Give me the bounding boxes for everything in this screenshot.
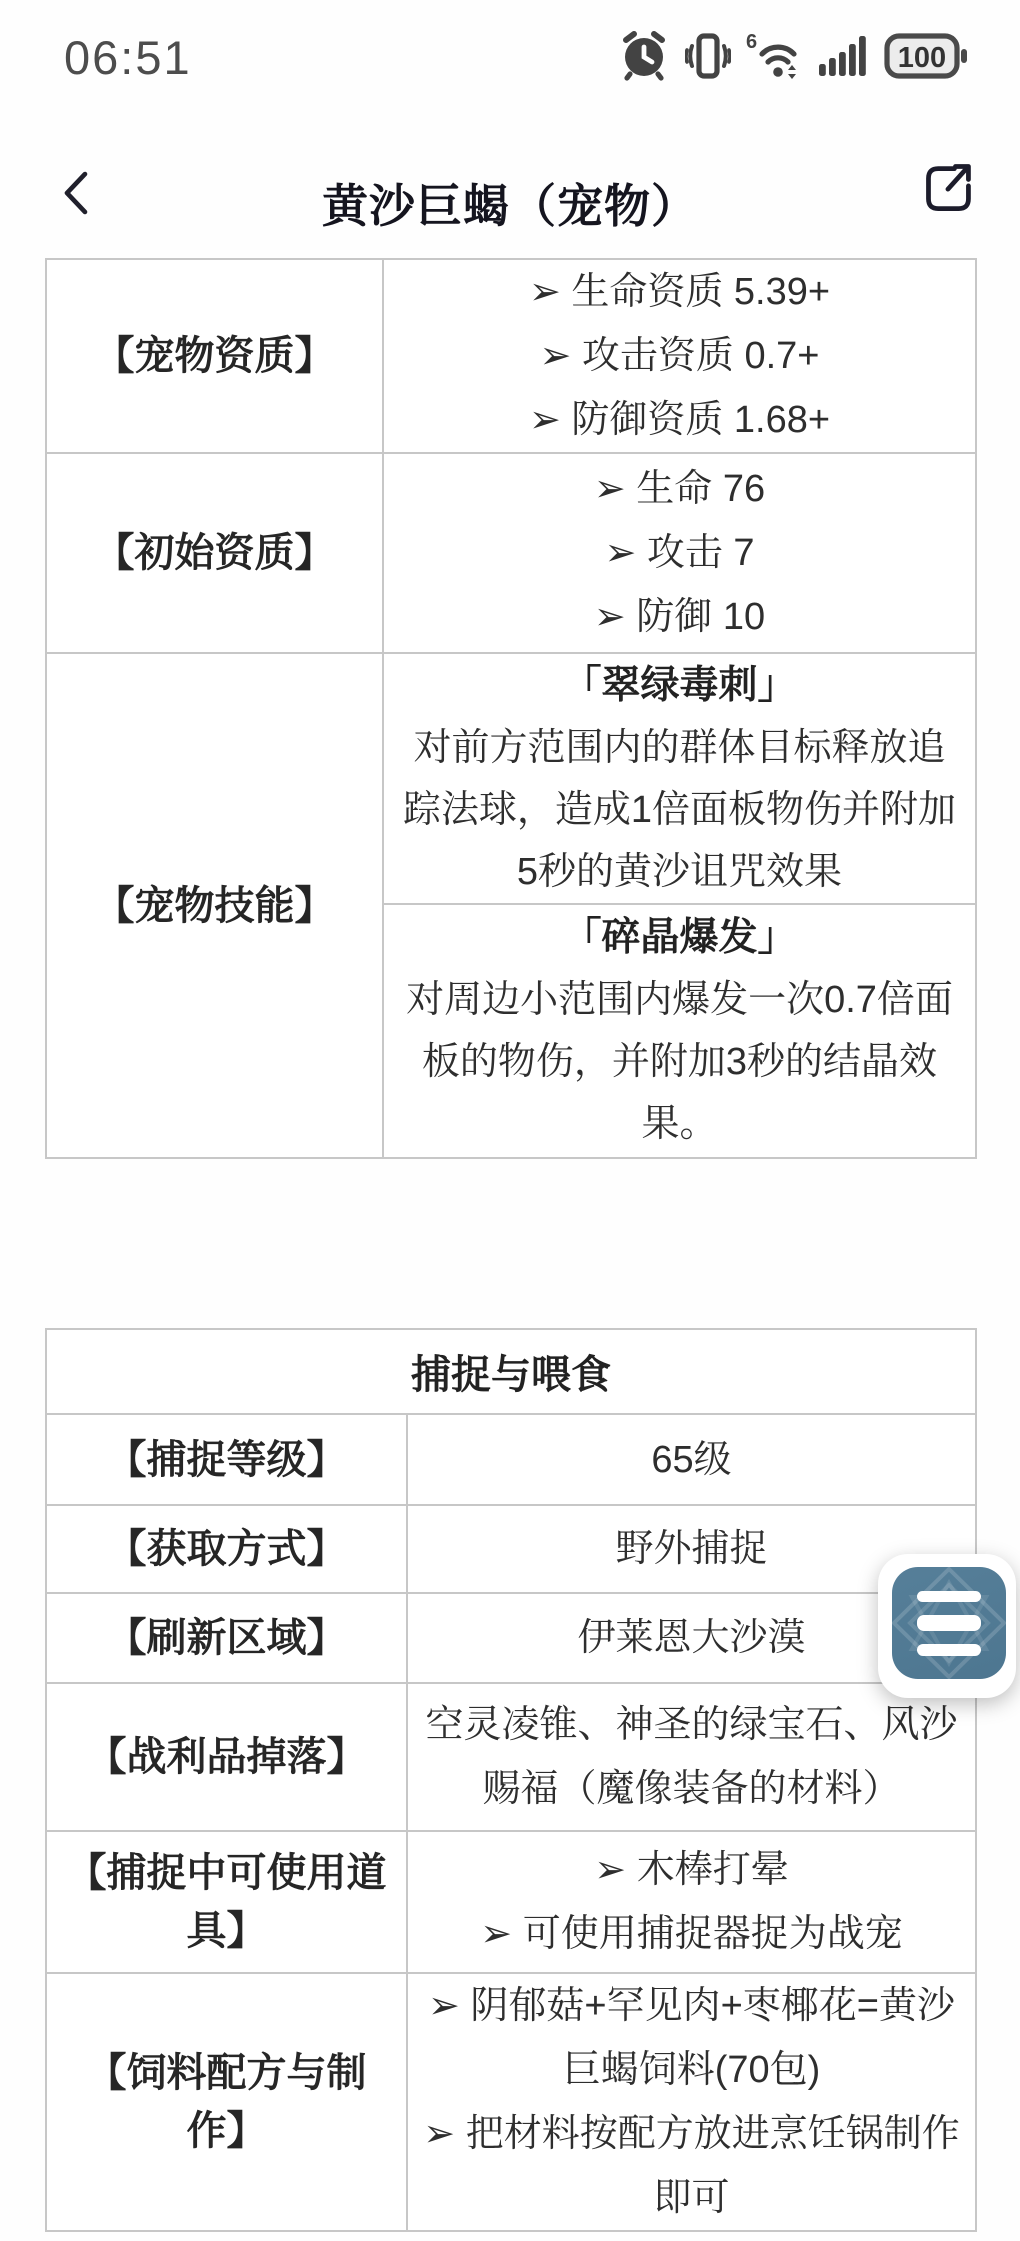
stat-line: ➢ 木棒打晕 [422,1838,961,1902]
row-label: 【宠物技能】 [46,653,383,1158]
stat-line: ➢ 阴郁菇+罕见肉+枣椰花=黄沙巨蝎饲料(70包) [422,1974,961,2102]
row-label: 【获取方式】 [46,1505,407,1593]
row-label: 【初始资质】 [46,453,383,653]
stat-line: ➢ 防御资质 1.68+ [398,388,961,452]
stat-line: ➢ 攻击资质 0.7+ [398,324,961,388]
table-title: 捕捉与喂食 [46,1329,976,1414]
hamburger-icon [892,1567,1006,1679]
stat-line: ➢ 攻击 7 [398,521,961,585]
row-label: 【捕捉中可使用道具】 [46,1831,407,1973]
menu-button[interactable] [892,1567,1006,1679]
stat-line: ➢ 防御 10 [398,585,961,649]
alarm-icon [618,30,670,82]
capture-feeding-table: 捕捉与喂食 【捕捉等级】 65级 【获取方式】 野外捕捉 【刷新区域】 伊莱恩大… [45,1328,977,2232]
row-label: 【捕捉等级】 [46,1414,407,1505]
stat-line: ➢ 生命 76 [398,457,961,521]
battery-icon: 100 [884,30,968,82]
wifi-icon: 6 [746,30,802,82]
share-button[interactable] [916,152,982,222]
row-value: ➢ 生命资质 5.39+ ➢ 攻击资质 0.7+ ➢ 防御资质 1.68+ [383,259,976,453]
skill-cell: 「翠绿毒刺」 对前方范围内的群体目标释放追踪法球，造成1倍面板物伤并附加5秒的黄… [383,653,976,904]
page-title: 黄沙巨蝎（宠物） [0,170,1020,236]
row-value: 空灵凌锥、神圣的绿宝石、风沙赐福（魔像装备的材料） [407,1683,976,1831]
skill-description: 对前方范围内的群体目标释放追踪法球，造成1倍面板物伤并附加5秒的黄沙诅咒效果 [398,717,961,903]
row-label: 【宠物资质】 [46,259,383,453]
stat-line: ➢ 生命资质 5.39+ [398,260,961,324]
vibrate-icon [685,30,731,82]
row-value: ➢ 生命 76 ➢ 攻击 7 ➢ 防御 10 [383,453,976,653]
skill-cell: 「碎晶爆发」 对周边小范围内爆发一次0.7倍面板的物伤，并附加3秒的结晶效果。 [383,904,976,1158]
stat-line: ➢ 把材料按配方放进烹饪锅制作即可 [422,2102,961,2230]
row-value: ➢ 阴郁菇+罕见肉+枣椰花=黄沙巨蝎饲料(70包) ➢ 把材料按配方放进烹饪锅制… [407,1973,976,2231]
row-label: 【饲料配方与制作】 [46,1973,407,2231]
status-icons: 6 100 [618,30,968,82]
pet-stats-table: 【宠物资质】 ➢ 生命资质 5.39+ ➢ 攻击资质 0.7+ ➢ 防御资质 1… [45,258,977,1159]
skill-description: 对周边小范围内爆发一次0.7倍面板的物伤，并附加3秒的结晶效果。 [398,969,961,1155]
share-icon [922,158,976,216]
skill-title: 「碎晶爆发」 [398,907,961,969]
wifi-standard-label: 6 [746,31,757,53]
screen: 06:51 6 [0,0,1020,2241]
row-label: 【刷新区域】 [46,1593,407,1683]
row-value: ➢ 木棒打晕 ➢ 可使用捕捉器捉为战宠 [407,1831,976,1973]
row-value: 65级 [407,1414,976,1505]
stat-line: ➢ 可使用捕捉器捉为战宠 [422,1902,961,1966]
skill-title: 「翠绿毒刺」 [398,655,961,717]
floating-menu-card [878,1554,1016,1698]
status-time: 06:51 [64,34,192,81]
row-label: 【战利品掉落】 [46,1683,407,1831]
signal-icon [817,30,869,82]
battery-percent-label: 100 [898,42,946,74]
